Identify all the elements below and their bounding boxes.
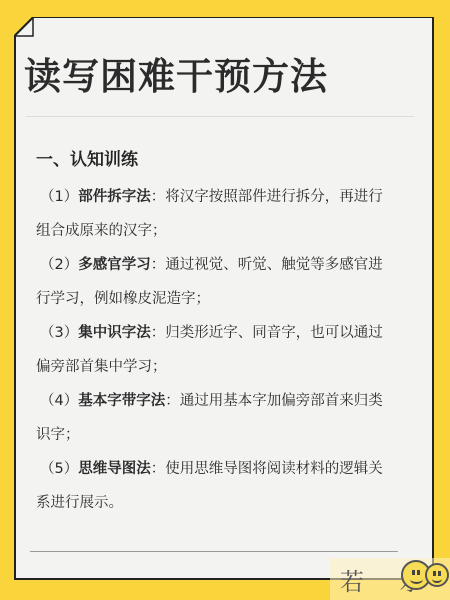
title-divider <box>26 116 414 117</box>
list-item: （1）部件拆字法：将汉字按照部件进行拆分，再进行 组合成原来的汉字； <box>36 180 416 248</box>
item-description: 归类形近字、同音字，也可以通过 <box>165 325 383 341</box>
item-number: （2） <box>40 257 78 273</box>
item-term: 基本字带字法 <box>78 393 165 409</box>
item-term: 多感官学习 <box>78 257 151 273</box>
method-list: （1）部件拆字法：将汉字按照部件进行拆分，再进行 组合成原来的汉字； （2）多感… <box>36 180 416 520</box>
item-description: 通过视觉、听觉、触觉等多感官进 <box>165 257 383 273</box>
item-term: 部件拆字法 <box>78 189 151 205</box>
item-colon: ： <box>165 393 180 409</box>
item-description-continued: 偏旁部首集中学习； <box>36 350 416 384</box>
item-term: 思维导图法 <box>78 461 151 477</box>
folded-corner-icon <box>14 17 34 37</box>
item-description-continued: 系进行展示。 <box>36 486 416 520</box>
smiley-face-icon <box>425 563 449 587</box>
item-description: 使用思维导图将阅读材料的逻辑关 <box>165 461 383 477</box>
item-colon: ： <box>151 461 166 477</box>
list-item: （4）基本字带字法：通过用基本字加偏旁部首来归类 识字； <box>36 384 416 452</box>
item-description: 将汉字按照部件进行拆分，再进行 <box>165 189 383 205</box>
section-heading: 一、认知训练 <box>36 145 138 170</box>
item-description-continued: 识字； <box>36 418 416 452</box>
item-colon: ： <box>151 325 166 341</box>
item-description: 通过用基本字加偏旁部首来归类 <box>180 393 383 409</box>
list-item: （3）集中识字法：归类形近字、同音字，也可以通过 偏旁部首集中学习； <box>36 316 416 384</box>
item-number: （5） <box>40 461 78 477</box>
item-colon: ： <box>151 257 166 273</box>
item-number: （4） <box>40 393 78 409</box>
page-title: 读写困难干预方法 <box>24 55 328 99</box>
item-term: 集中识字法 <box>78 325 151 341</box>
item-description-continued: 组合成原来的汉字； <box>36 214 416 248</box>
item-number: （1） <box>40 189 78 205</box>
item-number: （3） <box>40 325 78 341</box>
list-item: （2）多感官学习：通过视觉、听觉、触觉等多感官进 行学习，例如橡皮泥造字； <box>36 248 416 316</box>
item-colon: ： <box>151 189 166 205</box>
bottom-divider <box>30 551 398 552</box>
list-item: （5）思维导图法：使用思维导图将阅读材料的逻辑关 系进行展示。 <box>36 452 416 520</box>
item-description-continued: 行学习，例如橡皮泥造字； <box>36 282 416 316</box>
